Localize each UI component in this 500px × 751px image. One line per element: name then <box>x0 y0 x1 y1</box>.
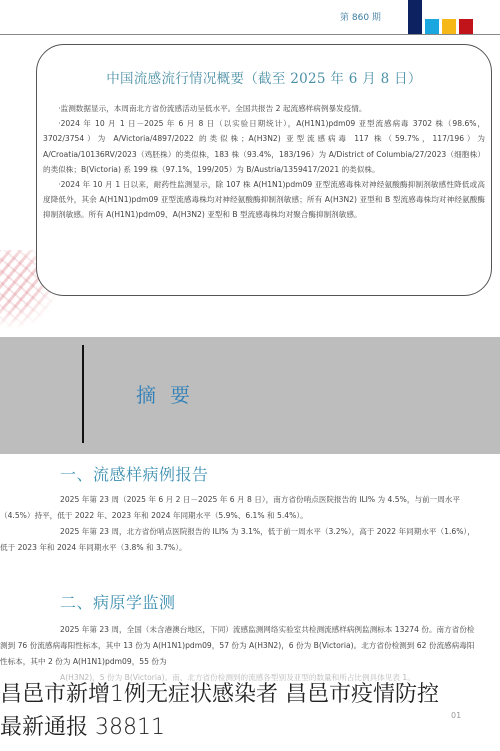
summary-body: ·监测数据显示，本周南北方省份流感活动呈低水平。全国共报告 2 起流感样病例暴发… <box>43 101 485 223</box>
issue-number: 第 860 期 <box>340 10 381 23</box>
band-divider-line <box>82 345 84 443</box>
logo-bar-yellow <box>442 19 456 34</box>
headline-line-2: 最新通报 38811 <box>0 711 500 744</box>
paragraph: 2025 年第 23 周，全国（未含港澳台地区，下同）流感监测网络实验室共检测流… <box>0 622 478 670</box>
headline-line-1: 昌邑市新增1例无症状感染者 昌邑市疫情防控 <box>0 678 500 711</box>
paragraph: 2025 年第 23 周（2025 年 6 月 2 日－2025 年 6 月 8… <box>0 492 478 524</box>
summary-box: 中国流感流行情况概要（截至 2025 年 6 月 8 日） ·监测数据显示，本周… <box>36 44 492 296</box>
summary-paragraph: ·监测数据显示，本周南北方省份流感活动呈低水平。全国共报告 2 起流感样病例暴发… <box>43 101 485 116</box>
logo-bar-navy <box>408 0 422 34</box>
logo-bar-red <box>459 19 473 34</box>
abstract-band: 摘要 <box>0 337 500 454</box>
paragraph: 2025 年第 23 周，北方省份哨点医院报告的 ILI% 为 3.1%，低于前… <box>0 524 478 556</box>
page-number: 01 <box>451 711 461 720</box>
summary-paragraph: ·2024 年 10 月 1 日以来，耐药性监测显示，除 107 株 A(H1N… <box>43 177 485 223</box>
header-rule <box>0 34 500 35</box>
section-body-ili: 2025 年第 23 周（2025 年 6 月 2 日－2025 年 6 月 8… <box>0 492 478 556</box>
overlay-headline[interactable]: 昌邑市新增1例无症状感染者 昌邑市疫情防控 最新通报 38811 <box>0 678 500 744</box>
summary-title: 中国流感流行情况概要（截至 2025 年 6 月 8 日） <box>37 67 491 87</box>
section-body-pathogen: 2025 年第 23 周，全国（未含港澳台地区，下同）流感监测网络实验室共检测流… <box>0 622 478 686</box>
summary-paragraph: ·2024 年 10 月 1 日－2025 年 6 月 8 日（以实验日期统计）… <box>43 116 485 177</box>
section-heading-ili: 一、流感样病例报告 <box>60 462 209 485</box>
abstract-title: 摘要 <box>136 379 204 408</box>
section-heading-pathogen: 二、病原学监测 <box>60 590 176 613</box>
logo-bar-cyan <box>425 19 439 34</box>
